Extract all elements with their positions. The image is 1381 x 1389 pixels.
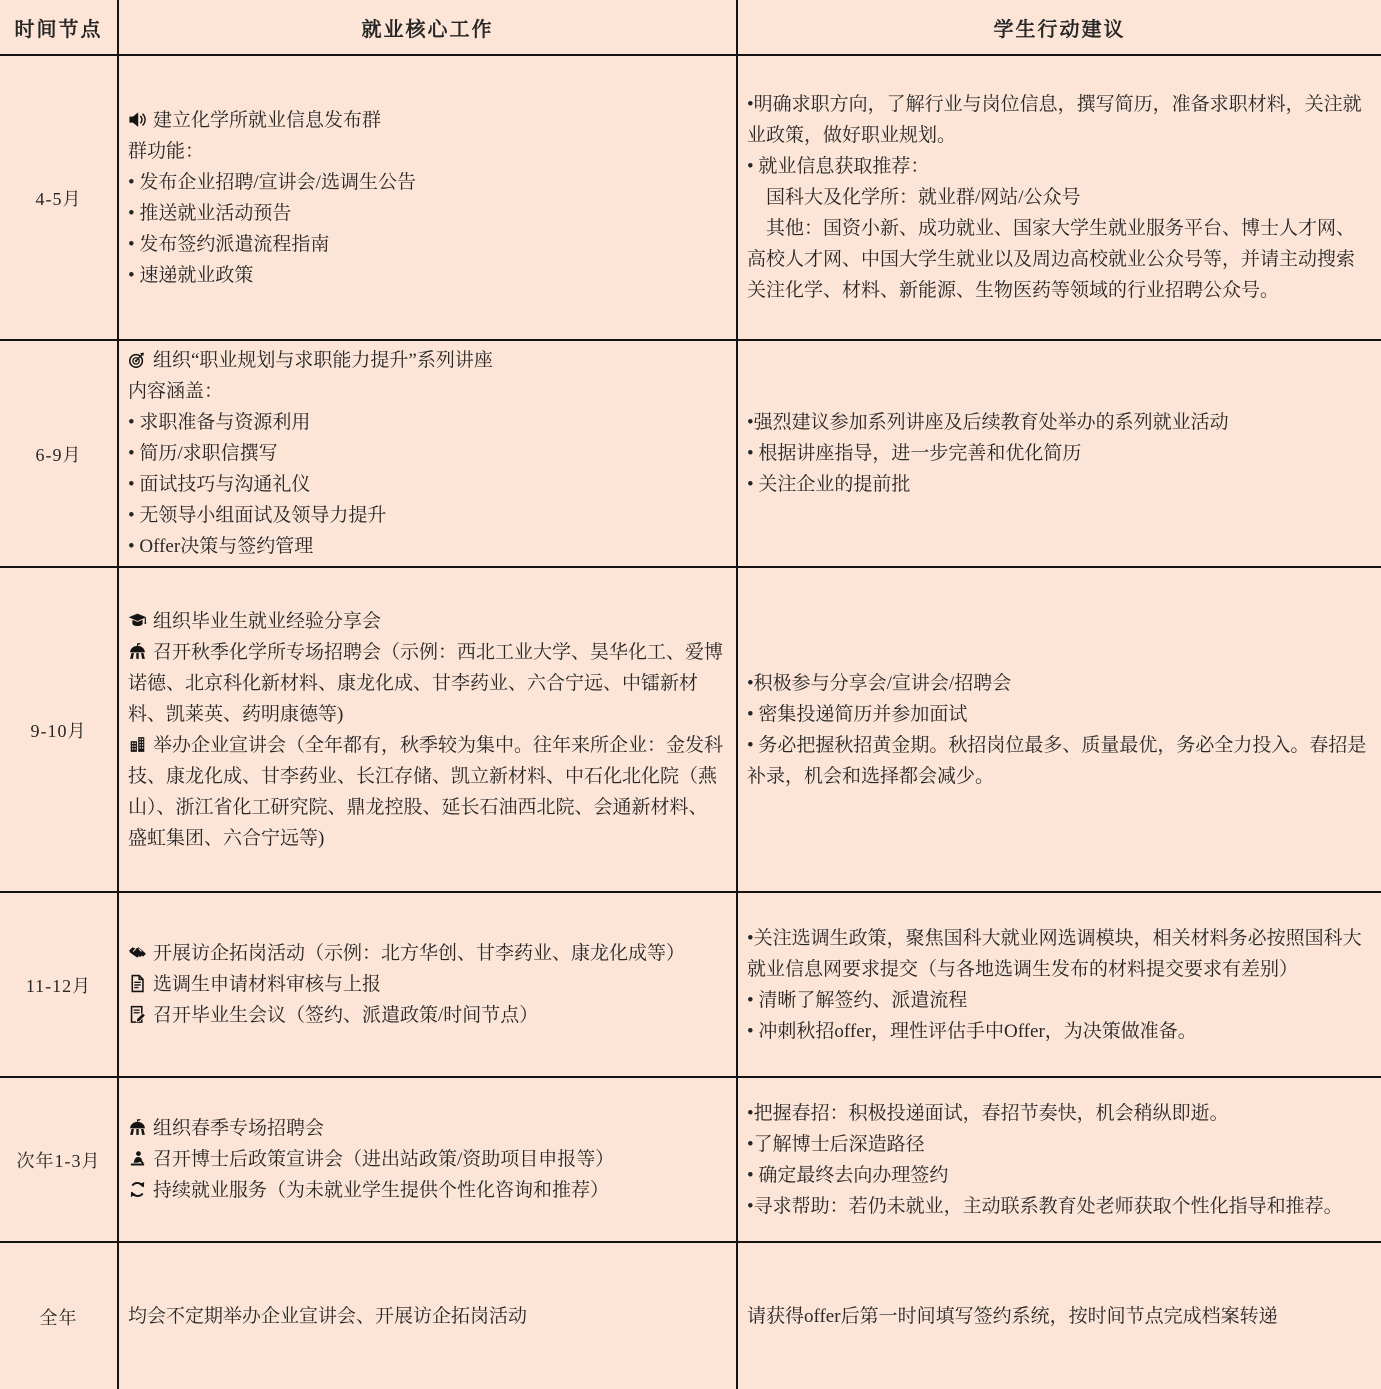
advice-item-text: •寻求帮助：若仍未就业，主动联系教育处老师获取个性化指导和推荐。: [747, 1196, 1343, 1217]
advice-item-text: •积极参与分享会/宣讲会/招聘会: [747, 673, 1011, 694]
work-item: • 面试技巧与沟通礼仪: [128, 469, 726, 500]
advice-item-text: • 务必把握秋招黄金期。秋招岗位最多、质量最优，务必全力投入。春招是补录，机会和…: [747, 735, 1366, 787]
core-work-cell: 建立化学所就业信息发布群群功能：• 发布企业招聘/宣讲会/选调生公告• 推送就业…: [118, 55, 737, 340]
work-item: 召开秋季化学所专场招聘会（示例：西北工业大学、昊华化工、爱博诺德、北京科化新材料…: [128, 637, 726, 730]
handshake-icon: [128, 941, 147, 960]
advice-item: • 关注企业的提前批: [747, 469, 1371, 500]
work-item-text: 召开毕业生会议（签约、派遣政策/时间节点）: [153, 1005, 538, 1026]
graduation-cap-icon: [128, 609, 147, 628]
tent-icon: [128, 640, 147, 659]
advice-item: 请获得offer后第一时间填写签约系统，按时间节点完成档案转递: [747, 1301, 1371, 1332]
work-item: 组织“职业规划与求职能力提升”系列讲座: [128, 345, 726, 376]
advice-item-text: • 关注企业的提前批: [747, 474, 910, 495]
work-item-text: 选调生申请材料审核与上报: [153, 974, 381, 995]
advice-item-text: 请获得offer后第一时间填写签约系统，按时间节点完成档案转递: [747, 1306, 1278, 1327]
building-icon: [128, 733, 147, 752]
advice-item-text: •关注选调生政策，聚焦国科大就业网选调模块，相关材料务必按照国科大就业信息网要求…: [747, 928, 1362, 980]
work-item: • 推送就业活动预告: [128, 198, 726, 229]
advice-item-text: • 冲刺秋招offer，理性评估手中Offer，为决策做准备。: [747, 1021, 1197, 1042]
work-item: 召开博士后政策宣讲会（进出站政策/资助项目申报等）: [128, 1144, 726, 1175]
advice-item: • 确定最终去向办理签约: [747, 1160, 1371, 1191]
work-item: 群功能：: [128, 136, 726, 167]
work-item-text: • 求职准备与资源利用: [128, 412, 310, 433]
table-row: 4-5月建立化学所就业信息发布群群功能：• 发布企业招聘/宣讲会/选调生公告• …: [0, 55, 1381, 340]
work-item-text: • 面试技巧与沟通礼仪: [128, 474, 310, 495]
work-item: 内容涵盖：: [128, 376, 726, 407]
work-item: • 简历/求职信撰写: [128, 438, 726, 469]
work-item-text: 举办企业宣讲会（全年都有，秋季较为集中。往年来所企业：金发科技、康龙化成、甘李药…: [128, 735, 723, 849]
advice-item: •明确求职方向，了解行业与岗位信息，撰写简历，准备求职材料，关注就业政策，做好职…: [747, 89, 1371, 151]
work-item-text: 召开秋季化学所专场招聘会（示例：西北工业大学、昊华化工、爱博诺德、北京科化新材料…: [128, 642, 723, 725]
work-item-text: • 简历/求职信撰写: [128, 443, 278, 464]
header-row: 时间节点 就业核心工作 学生行动建议: [0, 0, 1381, 55]
work-item: 建立化学所就业信息发布群: [128, 105, 726, 136]
work-item: • 发布企业招聘/宣讲会/选调生公告: [128, 167, 726, 198]
work-item-text: • 无领导小组面试及领导力提升: [128, 505, 386, 526]
core-work-cell: 均会不定期举办企业宣讲会、开展访企拓岗活动: [118, 1242, 737, 1389]
table-row: 11-12月开展访企拓岗活动（示例：北方华创、甘李药业、康龙化成等）选调生申请材…: [0, 892, 1381, 1077]
researcher-icon: [128, 1147, 147, 1166]
core-work-cell: 组织毕业生就业经验分享会召开秋季化学所专场招聘会（示例：西北工业大学、昊华化工、…: [118, 567, 737, 892]
time-node-label: 6-9月: [0, 340, 118, 567]
advice-item-text: • 密集投递简历并参加面试: [747, 704, 967, 725]
work-item-text: • 发布企业招聘/宣讲会/选调生公告: [128, 172, 416, 193]
work-item: 召开毕业生会议（签约、派遣政策/时间节点）: [128, 1000, 726, 1031]
advice-item-text: •了解博士后深造路径: [747, 1134, 925, 1155]
advice-item: • 冲刺秋招offer，理性评估手中Offer，为决策做准备。: [747, 1016, 1371, 1047]
work-item: • Offer决策与签约管理: [128, 531, 726, 562]
employment-schedule-table: 时间节点 就业核心工作 学生行动建议 4-5月建立化学所就业信息发布群群功能：•…: [0, 0, 1381, 1389]
tent-icon: [128, 1116, 147, 1135]
table-row: 全年均会不定期举办企业宣讲会、开展访企拓岗活动请获得offer后第一时间填写签约…: [0, 1242, 1381, 1389]
work-item: • 求职准备与资源利用: [128, 407, 726, 438]
header-time-node: 时间节点: [0, 0, 118, 55]
time-node-label: 11-12月: [0, 892, 118, 1077]
core-work-cell: 开展访企拓岗活动（示例：北方华创、甘李药业、康龙化成等）选调生申请材料审核与上报…: [118, 892, 737, 1077]
work-item: • 发布签约派遣流程指南: [128, 229, 726, 260]
advice-item: •强烈建议参加系列讲座及后续教育处举办的系列就业活动: [747, 407, 1371, 438]
advice-item: •了解博士后深造路径: [747, 1129, 1371, 1160]
table-row: 6-9月组织“职业规划与求职能力提升”系列讲座内容涵盖：• 求职准备与资源利用•…: [0, 340, 1381, 567]
student-advice-cell: •明确求职方向，了解行业与岗位信息，撰写简历，准备求职材料，关注就业政策，做好职…: [737, 55, 1381, 340]
work-item: 组织毕业生就业经验分享会: [128, 606, 726, 637]
document-pen-icon: [128, 1003, 147, 1022]
table-row: 次年1-3月组织春季专场招聘会召开博士后政策宣讲会（进出站政策/资助项目申报等）…: [0, 1077, 1381, 1242]
advice-item: •把握春招：积极投递面试，春招节奏快，机会稍纵即逝。: [747, 1098, 1371, 1129]
advice-item-text: 国科大及化学所：就业群/网站/公众号: [747, 187, 1081, 208]
time-node-label: 全年: [0, 1242, 118, 1389]
work-item: 选调生申请材料审核与上报: [128, 969, 726, 1000]
work-item: • 无领导小组面试及领导力提升: [128, 500, 726, 531]
advice-item-text: • 清晰了解签约、派遣流程: [747, 990, 967, 1011]
work-item-text: 群功能：: [128, 141, 204, 162]
target-icon: [128, 348, 147, 367]
work-item: 举办企业宣讲会（全年都有，秋季较为集中。往年来所企业：金发科技、康龙化成、甘李药…: [128, 730, 726, 854]
work-item-text: 开展访企拓岗活动（示例：北方华创、甘李药业、康龙化成等）: [153, 943, 685, 964]
speaker-icon: [128, 108, 147, 127]
core-work-cell: 组织春季专场招聘会召开博士后政策宣讲会（进出站政策/资助项目申报等）持续就业服务…: [118, 1077, 737, 1242]
student-advice-cell: •关注选调生政策，聚焦国科大就业网选调模块，相关材料务必按照国科大就业信息网要求…: [737, 892, 1381, 1077]
student-advice-cell: 请获得offer后第一时间填写签约系统，按时间节点完成档案转递: [737, 1242, 1381, 1389]
work-item-text: 内容涵盖：: [128, 381, 223, 402]
page: { "colors": { "background": "#fce4d6", "…: [0, 0, 1381, 1389]
advice-item: •关注选调生政策，聚焦国科大就业网选调模块，相关材料务必按照国科大就业信息网要求…: [747, 923, 1371, 985]
student-advice-cell: •积极参与分享会/宣讲会/招聘会• 密集投递简历并参加面试• 务必把握秋招黄金期…: [737, 567, 1381, 892]
table-row: 9-10月组织毕业生就业经验分享会召开秋季化学所专场招聘会（示例：西北工业大学、…: [0, 567, 1381, 892]
advice-item-text: •强烈建议参加系列讲座及后续教育处举办的系列就业活动: [747, 412, 1229, 433]
work-item-text: • Offer决策与签约管理: [128, 536, 313, 557]
advice-item: •寻求帮助：若仍未就业，主动联系教育处老师获取个性化指导和推荐。: [747, 1191, 1371, 1222]
advice-item-text: •明确求职方向，了解行业与岗位信息，撰写简历，准备求职材料，关注就业政策，做好职…: [747, 94, 1362, 146]
advice-item: • 根据讲座指导，进一步完善和优化简历: [747, 438, 1371, 469]
work-item-text: 组织春季专场招聘会: [153, 1118, 324, 1139]
work-item-text: • 推送就业活动预告: [128, 203, 291, 224]
work-item: 均会不定期举办企业宣讲会、开展访企拓岗活动: [128, 1301, 726, 1332]
advice-item: 其他：国资小新、成功就业、国家大学生就业服务平台、博士人才网、高校人才网、中国大…: [747, 213, 1371, 306]
advice-item: •积极参与分享会/宣讲会/招聘会: [747, 668, 1371, 699]
work-item: • 速递就业政策: [128, 260, 726, 291]
document-icon: [128, 972, 147, 991]
advice-item-text: 其他：国资小新、成功就业、国家大学生就业服务平台、博士人才网、高校人才网、中国大…: [747, 218, 1355, 301]
work-item-text: • 速递就业政策: [128, 265, 253, 286]
work-item: 开展访企拓岗活动（示例：北方华创、甘李药业、康龙化成等）: [128, 938, 726, 969]
work-item-text: 组织“职业规划与求职能力提升”系列讲座: [153, 350, 493, 371]
work-item-text: 建立化学所就业信息发布群: [153, 110, 381, 131]
work-item-text: 组织毕业生就业经验分享会: [153, 611, 381, 632]
advice-item: • 密集投递简历并参加面试: [747, 699, 1371, 730]
time-node-label: 4-5月: [0, 55, 118, 340]
header-core-work: 就业核心工作: [118, 0, 737, 55]
work-item-text: 召开博士后政策宣讲会（进出站政策/资助项目申报等）: [153, 1149, 614, 1170]
advice-item-text: • 根据讲座指导，进一步完善和优化简历: [747, 443, 1081, 464]
student-advice-cell: •把握春招：积极投递面试，春招节奏快，机会稍纵即逝。•了解博士后深造路径• 确定…: [737, 1077, 1381, 1242]
advice-item: • 务必把握秋招黄金期。秋招岗位最多、质量最优，务必全力投入。春招是补录，机会和…: [747, 730, 1371, 792]
advice-item: • 就业信息获取推荐：: [747, 151, 1371, 182]
header-student-advice: 学生行动建议: [737, 0, 1381, 55]
work-item-text: 持续就业服务（为未就业学生提供个性化咨询和推荐）: [153, 1180, 609, 1201]
core-work-cell: 组织“职业规划与求职能力提升”系列讲座内容涵盖：• 求职准备与资源利用• 简历/…: [118, 340, 737, 567]
time-node-label: 次年1-3月: [0, 1077, 118, 1242]
work-item: 持续就业服务（为未就业学生提供个性化咨询和推荐）: [128, 1175, 726, 1206]
time-node-label: 9-10月: [0, 567, 118, 892]
advice-item: 国科大及化学所：就业群/网站/公众号: [747, 182, 1371, 213]
student-advice-cell: •强烈建议参加系列讲座及后续教育处举办的系列就业活动• 根据讲座指导，进一步完善…: [737, 340, 1381, 567]
advice-item: • 清晰了解签约、派遣流程: [747, 985, 1371, 1016]
advice-item-text: • 确定最终去向办理签约: [747, 1165, 948, 1186]
work-item: 组织春季专场招聘会: [128, 1113, 726, 1144]
advice-item-text: •把握春招：积极投递面试，春招节奏快，机会稍纵即逝。: [747, 1103, 1229, 1124]
work-item-text: • 发布签约派遣流程指南: [128, 234, 329, 255]
refresh-icon: [128, 1178, 147, 1197]
advice-item-text: • 就业信息获取推荐：: [747, 156, 929, 177]
work-item-text: 均会不定期举办企业宣讲会、开展访企拓岗活动: [128, 1306, 527, 1327]
